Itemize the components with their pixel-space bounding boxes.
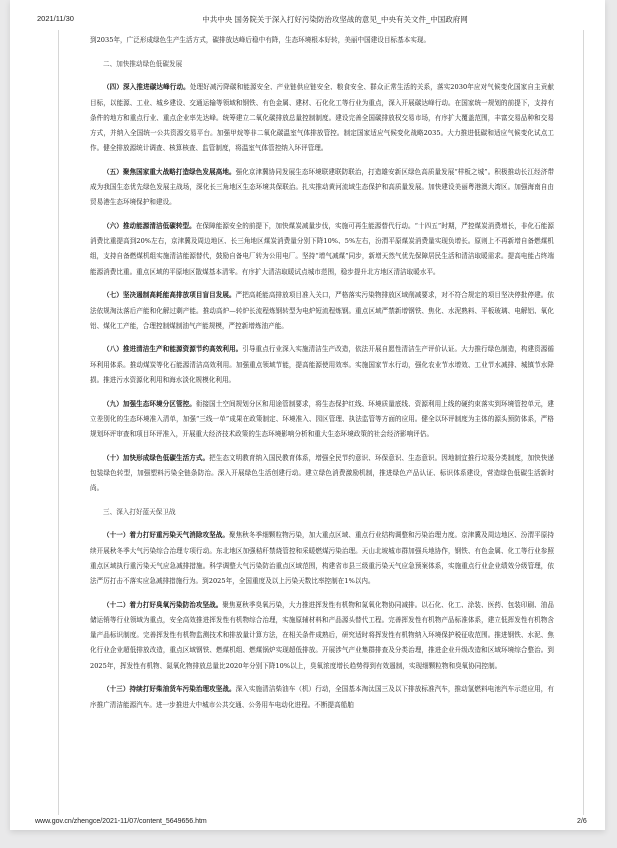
right-margin-rule <box>583 30 584 815</box>
paragraph-item-8: （八）推进清洁生产和能源资源节约高效利用。引导重点行业深入实施清洁生产改造，依法… <box>90 342 554 388</box>
paragraph-lead: （五）聚焦国家重大战略打造绿色发展高地。 <box>103 168 236 176</box>
paragraph-text: 聚焦夏秋季臭氧污染，大力推进挥发性有机物和氮氧化物协同减排。以石化、化工、涂装、… <box>90 601 554 670</box>
paragraph-item-13: （十三）持续打好柴油货车污染治理攻坚战。深入实施清洁柴油车（机）行动，全国基本淘… <box>90 682 554 712</box>
paragraph-lead: （十）加快形成绿色低碳生活方式。 <box>103 454 209 462</box>
paragraph-lead: （六）推动能源清洁低碳转型。 <box>103 222 196 230</box>
paragraph-item-9: （九）加强生态环境分区管控。衔接国土空间规划分区和用途管制要求，将生态保护红线、… <box>90 397 554 443</box>
paragraph-item-10: （十）加快形成绿色低碳生活方式。把生态文明教育纳入国民教育体系，增强全民节约意识… <box>90 451 554 497</box>
header-date: 2021/11/30 <box>37 14 74 23</box>
document-page: 2021/11/30 中共中央 国务院关于深入打好污染防治攻坚战的意见_中央有关… <box>10 0 605 830</box>
paragraph-lead: （十二）着力打好臭氧污染防治攻坚战。 <box>103 601 222 609</box>
paragraph-lead: （十三）持续打好柴油货车污染治理攻坚战。 <box>103 685 236 693</box>
paragraph-item-4: （四）深入推进碳达峰行动。处理好减污降碳和能源安全、产业链供应链安全、粮食安全、… <box>90 80 554 156</box>
footer-url: www.gov.cn/zhengce/2021-11/07/content_56… <box>35 818 207 825</box>
paragraph-item-5: （五）聚焦国家重大战略打造绿色发展高地。强化京津冀协同发展生态环境联建联防联治，… <box>90 165 554 211</box>
paragraph-text: 处理好减污降碳和能源安全、产业链供应链安全、粮食安全、群众正常生活的关系，落实2… <box>90 83 554 152</box>
paragraph-lead: （九）加强生态环境分区管控。 <box>103 400 196 408</box>
header-title: 中共中央 国务院关于深入打好污染防治攻坚战的意见_中央有关文件_中国政府网 <box>170 14 500 25</box>
footer-page-number: 2/6 <box>577 818 587 825</box>
paragraph-lead: （十一）着力打好重污染天气消除攻坚战。 <box>103 531 229 539</box>
paragraph-item-12: （十二）着力打好臭氧污染防治攻坚战。聚焦夏秋季臭氧污染，大力推进挥发性有机物和氮… <box>90 598 554 674</box>
paragraph-lead: （七）坚决遏制高耗能高排放项目盲目发展。 <box>103 291 236 299</box>
paragraph-item-11: （十一）着力打好重污染天气消除攻坚战。聚焦秋冬季细颗粒物污染，加大重点区域、重点… <box>90 528 554 589</box>
left-margin-rule <box>58 30 59 815</box>
section-heading-3: 三、深入打好蓝天保卫战 <box>90 505 554 520</box>
paragraph-item-7: （七）坚决遏制高耗能高排放项目盲目发展。严把高耗能高排放项目准入关口，严格落实污… <box>90 288 554 334</box>
paragraph-text: 在保障能源安全的前提下，加快煤炭减量步伐，实施可再生能源替代行动。“十四五”时期… <box>90 222 554 276</box>
paragraph-item-6: （六）推动能源清洁低碳转型。在保障能源安全的前提下，加快煤炭减量步伐，实施可再生… <box>90 219 554 280</box>
section-heading-2: 二、加快推动绿色低碳发展 <box>90 57 554 72</box>
intro-tail-paragraph: 到2035年，广泛形成绿色生产生活方式，碳排放达峰后稳中有降，生态环境根本好转，… <box>90 33 554 48</box>
paragraph-text: 聚焦秋冬季细颗粒物污染，加大重点区域、重点行业结构调整和污染治理力度。京津冀及周… <box>90 531 554 585</box>
paragraph-lead: （四）深入推进碳达峰行动。 <box>103 83 190 91</box>
paragraph-lead: （八）推进清洁生产和能源资源节约高效利用。 <box>103 345 242 353</box>
article-body: 到2035年，广泛形成绿色生产生活方式，碳排放达峰后稳中有降，生态环境根本好转，… <box>90 33 554 721</box>
